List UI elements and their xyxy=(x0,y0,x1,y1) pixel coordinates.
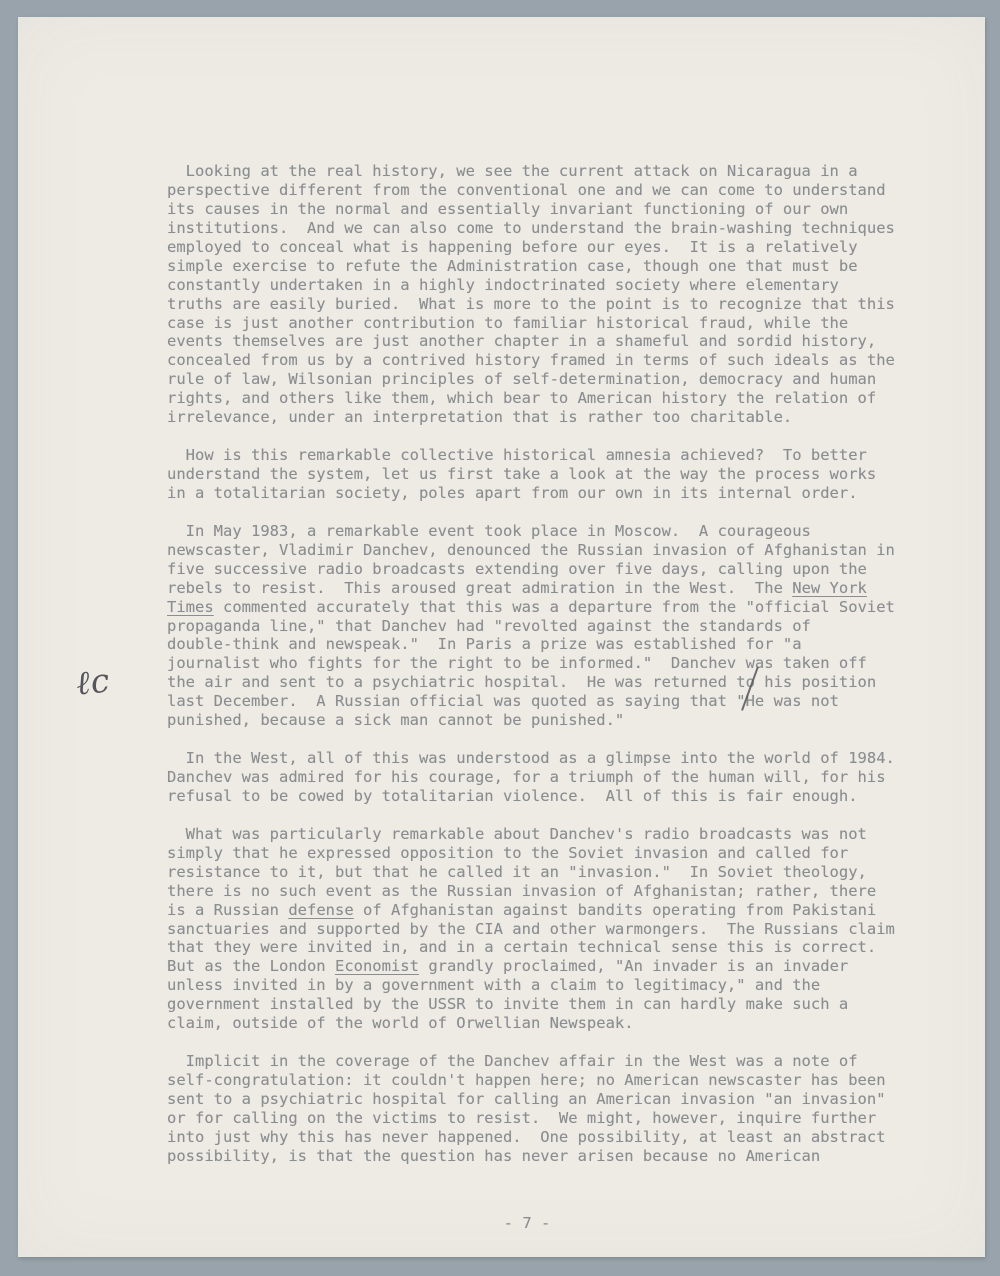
text-line: self-congratulation: it couldn't happen … xyxy=(167,1071,923,1090)
text-line: government installed by the USSR to invi… xyxy=(167,995,923,1014)
scan-background: { "page": { "background_color": "#98a3ac… xyxy=(0,0,1000,1276)
text-line: journalist who fights for the right to b… xyxy=(167,654,923,673)
slashed-letter: H xyxy=(746,692,755,711)
paragraph: In the West, all of this was understood … xyxy=(167,749,923,806)
text-line: rebels to resist. This aroused great adm… xyxy=(167,579,923,598)
text-line: irrelevance, under an interpretation tha… xyxy=(167,408,923,427)
text-line: propaganda line," that Danchev had "revo… xyxy=(167,617,923,636)
text-line: understand the system, let us first take… xyxy=(167,465,923,484)
text-line: newscaster, Vladimir Danchev, denounced … xyxy=(167,541,923,560)
text-line: claim, outside of the world of Orwellian… xyxy=(167,1014,923,1033)
text-line: In May 1983, a remarkable event took pla… xyxy=(167,522,923,541)
text-line: perspective different from the conventio… xyxy=(167,181,923,200)
text-line: its causes in the normal and essentially… xyxy=(167,200,923,219)
text-line: into just why this has never happened. O… xyxy=(167,1128,923,1147)
text-line: How is this remarkable collective histor… xyxy=(167,446,923,465)
text-line: the air and sent to a psychiatric hospit… xyxy=(167,673,923,692)
text-line: rights, and others like them, which bear… xyxy=(167,389,923,408)
underlined-text: Economist xyxy=(335,957,419,975)
text-line: in a totalitarian society, poles apart f… xyxy=(167,484,923,503)
text-line: concealed from us by a contrived history… xyxy=(167,351,923,370)
document-page: ℓc Looking at the real history, we see t… xyxy=(18,17,985,1257)
text-line: sent to a psychiatric hospital for calli… xyxy=(167,1090,923,1109)
page-number: - 7 - xyxy=(167,1214,887,1232)
text-line: institutions. And we can also come to un… xyxy=(167,219,923,238)
underlined-text: defense xyxy=(288,901,353,919)
paragraph: Implicit in the coverage of the Danchev … xyxy=(167,1052,923,1166)
text-line: truths are easily buried. What is more t… xyxy=(167,295,923,314)
text-line: refusal to be cowed by totalitarian viol… xyxy=(167,787,923,806)
text-line: employed to conceal what is happening be… xyxy=(167,238,923,257)
text-line: punished, because a sick man cannot be p… xyxy=(167,711,923,730)
text-line: is a Russian defense of Afghanistan agai… xyxy=(167,901,923,920)
underlined-text: New York xyxy=(792,579,867,597)
text-line: In the West, all of this was understood … xyxy=(167,749,923,768)
text-line: unless invited in by a government with a… xyxy=(167,976,923,995)
text-line: Danchev was admired for his courage, for… xyxy=(167,768,923,787)
paragraph: In May 1983, a remarkable event took pla… xyxy=(167,522,923,730)
text-line: possibility, is that the question has ne… xyxy=(167,1147,923,1166)
handwritten-lowercase-proof-mark: ℓc xyxy=(74,660,112,703)
paragraph: Looking at the real history, we see the … xyxy=(167,162,923,427)
text-line: last December. A Russian official was qu… xyxy=(167,692,923,711)
text-line: Looking at the real history, we see the … xyxy=(167,162,923,181)
text-line: rule of law, Wilsonian principles of sel… xyxy=(167,370,923,389)
text-line: What was particularly remarkable about D… xyxy=(167,825,923,844)
text-line: five successive radio broadcasts extendi… xyxy=(167,560,923,579)
text-line: double-think and newspeak." In Paris a p… xyxy=(167,635,923,654)
paragraph: What was particularly remarkable about D… xyxy=(167,825,923,1033)
text-line: that they were invited in, and in a cert… xyxy=(167,938,923,957)
text-line: there is no such event as the Russian in… xyxy=(167,882,923,901)
text-line: Times commented accurately that this was… xyxy=(167,598,923,617)
text-line: simply that he expressed opposition to t… xyxy=(167,844,923,863)
underlined-text: Times xyxy=(167,598,214,616)
text-line: or for calling on the victims to resist.… xyxy=(167,1109,923,1128)
paragraph: How is this remarkable collective histor… xyxy=(167,446,923,503)
text-line: Implicit in the coverage of the Danchev … xyxy=(167,1052,923,1071)
text-line: resistance to it, but that he called it … xyxy=(167,863,923,882)
text-line: sanctuaries and supported by the CIA and… xyxy=(167,920,923,939)
text-line: case is just another contribution to fam… xyxy=(167,314,923,333)
text-line: events themselves are just another chapt… xyxy=(167,332,923,351)
text-line: simple exercise to refute the Administra… xyxy=(167,257,923,276)
text-line: But as the London Economist grandly proc… xyxy=(167,957,923,976)
text-line: constantly undertaken in a highly indoct… xyxy=(167,276,923,295)
text-body: Looking at the real history, we see the … xyxy=(167,162,923,1166)
